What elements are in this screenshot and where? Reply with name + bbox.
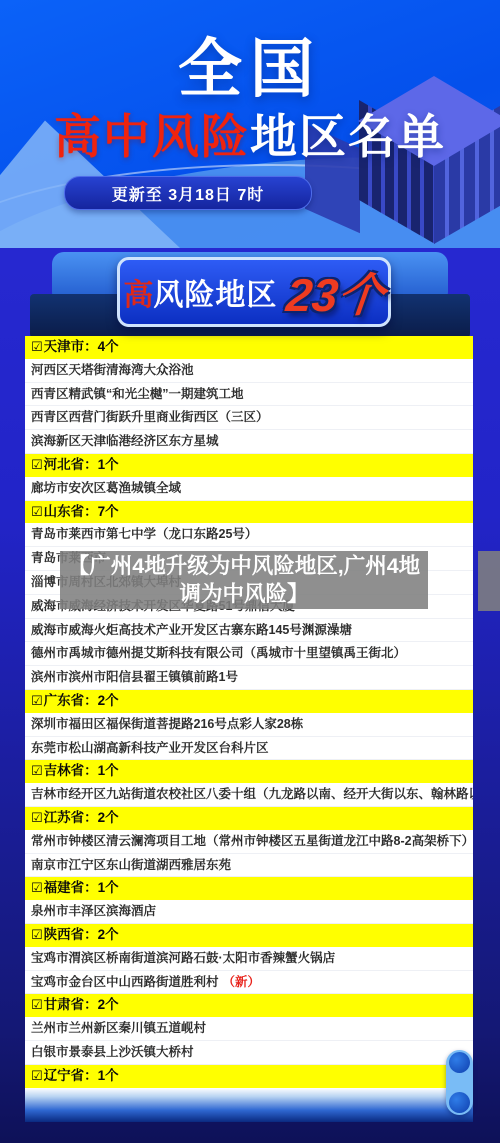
- risk-area-text: 东莞市松山湖高新科技产业开发区台科片区: [31, 741, 269, 755]
- checkbox-icon: ☑: [31, 339, 43, 354]
- province-header: ☑广东省：2个: [25, 690, 473, 713]
- scroll-dot-top-icon: [449, 1052, 470, 1073]
- province-header: ☑吉林省：1个: [25, 760, 473, 783]
- risk-area-item: 泉州市丰泽区滨海酒店: [25, 900, 473, 924]
- risk-area-text: 青岛市莱西市第七中学（龙口东路25号）: [31, 527, 257, 541]
- risk-area-item: 白银市景泰县上沙沃镇大桥村: [25, 1041, 473, 1065]
- risk-area-text: 宝鸡市金台区中山西路街道胜利村: [31, 975, 219, 989]
- risk-area-item: 德州市禹城市德州提艾斯科技有限公司（禹城市十里望镇禹王街北）: [25, 642, 473, 666]
- risk-area-item: 威海市威海火炬高技术产业开发区古寨东路145号渊源澡塘: [25, 619, 473, 643]
- province-header: ☑陕西省：2个: [25, 924, 473, 947]
- risk-area-text: 白银市景泰县上沙沃镇大桥村: [31, 1045, 194, 1059]
- risk-area-item: 兰州市兰州新区秦川镇五道岘村: [25, 1017, 473, 1041]
- risk-area-text: 南京市江宁区东山街道湖西雅居东苑: [31, 858, 231, 872]
- update-date-badge: 更新至 3月18日 7时: [64, 176, 312, 210]
- province-header: ☑江苏省：2个: [25, 807, 473, 830]
- risk-area-text: 泉州市丰泽区滨海酒店: [31, 904, 156, 918]
- province-header: ☑甘肃省：2个: [25, 994, 473, 1017]
- checkbox-icon: ☑: [31, 457, 43, 472]
- risk-area-item: 宝鸡市渭滨区桥南街道滨河路石鼓·太阳市香辣蟹火锅店: [25, 947, 473, 971]
- scroll-dot-bottom-icon: [449, 1092, 470, 1113]
- risk-area-text: 滨海新区天津临港经济区东方星城: [31, 434, 219, 448]
- risk-area-item: 西青区精武镇“和光尘樾”一期建筑工地: [25, 383, 473, 407]
- checkbox-icon: ☑: [31, 927, 43, 942]
- province-header: ☑辽宁省：1个: [25, 1065, 473, 1088]
- province-label: 山东省：7个: [44, 504, 119, 519]
- top-banner: 全国 高中风险地区名单 更新至 3月18日 7时: [0, 0, 500, 248]
- checkbox-icon: ☑: [31, 997, 43, 1012]
- province-label: 陕西省：2个: [44, 927, 119, 942]
- risk-area-text: 廊坊市安次区葛渔城镇全域: [31, 481, 181, 495]
- risk-area-text: 河西区天塔街清海湾大众浴池: [31, 363, 194, 377]
- risk-area-text: 德州市禹城市德州提艾斯科技有限公司（禹城市十里望镇禹王街北）: [31, 646, 406, 660]
- risk-area-item: 东莞市松山湖高新科技产业开发区台科片区: [25, 737, 473, 761]
- page-subtitle: 高中风险地区名单: [0, 100, 500, 167]
- checkbox-icon: ☑: [31, 763, 43, 778]
- risk-count-value: 23个: [284, 259, 388, 325]
- checkbox-icon: ☑: [31, 504, 43, 519]
- checkbox-icon: ☑: [31, 693, 43, 708]
- checkbox-icon: ☑: [31, 1068, 43, 1083]
- province-label: 江苏省：2个: [44, 810, 119, 825]
- risk-area-item: 西青区西营门街跃升里商业街西区（三区）: [25, 406, 473, 430]
- province-header: ☑天津市：4个: [25, 336, 473, 359]
- province-label: 天津市：4个: [44, 339, 119, 354]
- content-panel: ☑天津市：4个河西区天塔街清海湾大众浴池西青区精武镇“和光尘樾”一期建筑工地西青…: [25, 336, 473, 1122]
- risk-count-badge: 高 风险地区 23个: [117, 257, 391, 327]
- risk-area-text: 威海市威海火炬高技术产业开发区古寨东路145号渊源澡塘: [31, 623, 352, 637]
- province-header: ☑福建省：1个: [25, 877, 473, 900]
- risk-area-text: 深圳市福田区福保街道菩提路216号点彩人家28栋: [31, 717, 303, 731]
- province-label: 广东省：2个: [44, 693, 119, 708]
- risk-area-text: 吉林市经开区九站街道农校社区八委十组（九龙路以南、经开大街以东、翰林路以南）: [31, 787, 473, 801]
- scroll-indicator[interactable]: [446, 1050, 473, 1115]
- subtitle-red-part: 高中风险: [54, 110, 250, 163]
- risk-area-item: 南京市江宁区东山街道湖西雅居东苑: [25, 854, 473, 878]
- risk-area-text: 兰州市兰州新区秦川镇五道岘村: [31, 1021, 206, 1035]
- subtitle-white-part: 地区名单: [250, 110, 446, 163]
- risk-area-item: 廊坊市安次区葛渔城镇全域: [25, 477, 473, 501]
- province-label: 河北省：1个: [44, 457, 119, 472]
- page-title: 全国: [0, 18, 500, 110]
- province-label: 辽宁省：1个: [44, 1068, 119, 1083]
- province-label: 福建省：1个: [44, 880, 119, 895]
- risk-area-item: 滨州市滨州市阳信县翟王镇镇前路1号: [25, 666, 473, 690]
- watermark-overlay: 【广州4地升级为中风险地区,广州4地调为中风险】: [60, 551, 428, 609]
- risk-area-text: 西青区精武镇“和光尘樾”一期建筑工地: [31, 387, 244, 401]
- province-header: ☑山东省：7个: [25, 501, 473, 524]
- watermark-fragment: [478, 551, 500, 611]
- risk-area-item: 河西区天塔街清海湾大众浴池: [25, 359, 473, 383]
- new-badge: （新）: [223, 975, 261, 989]
- panel-footer-gradient: [25, 1088, 473, 1122]
- page-root: { "header": { "title_top": "全国", "title_…: [0, 0, 500, 1143]
- risk-area-label: 风险地区: [153, 270, 277, 314]
- province-label: 甘肃省：2个: [44, 997, 119, 1012]
- risk-area-item: 青岛市莱西市第七中学（龙口东路25号）: [25, 523, 473, 547]
- risk-level-label: 高: [123, 270, 153, 314]
- province-label: 吉林省：1个: [44, 763, 119, 778]
- risk-area-item: 吉林市经开区九站街道农校社区八委十组（九龙路以南、经开大街以东、翰林路以南）: [25, 783, 473, 807]
- risk-area-item: 宝鸡市金台区中山西路街道胜利村（新）: [25, 971, 473, 995]
- checkbox-icon: ☑: [31, 810, 43, 825]
- province-header: ☑河北省：1个: [25, 454, 473, 477]
- risk-area-text: 滨州市滨州市阳信县翟王镇镇前路1号: [31, 670, 238, 684]
- risk-area-text: 常州市钟楼区清云澜湾项目工地（常州市钟楼区五星街道龙江中路8-2高架桥下）: [31, 834, 473, 848]
- risk-list: ☑天津市：4个河西区天塔街清海湾大众浴池西青区精武镇“和光尘樾”一期建筑工地西青…: [25, 336, 473, 1111]
- risk-area-item: 深圳市福田区福保街道菩提路216号点彩人家28栋: [25, 713, 473, 737]
- risk-area-text: 宝鸡市渭滨区桥南街道滨河路石鼓·太阳市香辣蟹火锅店: [31, 951, 335, 965]
- risk-area-text: 西青区西营门街跃升里商业街西区（三区）: [31, 410, 269, 424]
- risk-area-item: 滨海新区天津临港经济区东方星城: [25, 430, 473, 454]
- risk-area-item: 常州市钟楼区清云澜湾项目工地（常州市钟楼区五星街道龙江中路8-2高架桥下）: [25, 830, 473, 854]
- checkbox-icon: ☑: [31, 880, 43, 895]
